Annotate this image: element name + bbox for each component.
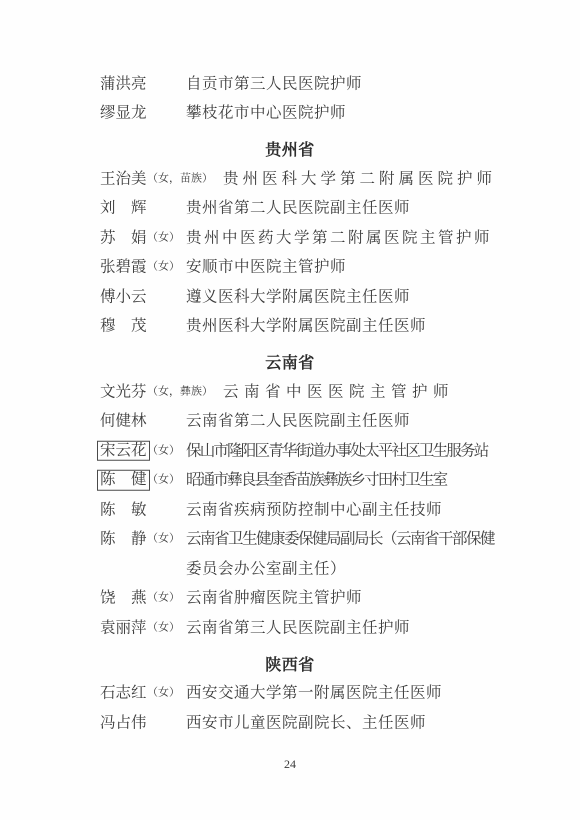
gender-ethnicity-note: （女，彝族）	[147, 386, 213, 397]
person-entry: 陈 静（女）云南省卫生健康委保健局副局长（云南省干部保健	[0, 525, 580, 555]
person-name: 陈 静	[100, 532, 147, 548]
position-text: 贵州医科大学第二附属医院护师	[223, 171, 496, 187]
person-name: 饶 燕	[100, 591, 147, 607]
position-text: 安顺市中医院主管护师	[186, 260, 346, 276]
person-name: 石志红	[100, 686, 147, 702]
position-text: 云南省第二人民医院副主任医师	[186, 414, 410, 430]
person-entry: 缪显龙攀枝花市中心医院护师	[0, 99, 580, 129]
gender-ethnicity-note: （女）	[147, 445, 180, 456]
person-entry: 张碧霞（女）安顺市中医院主管护师	[0, 253, 580, 283]
person-name: 文光芬	[100, 384, 147, 400]
gender-ethnicity-note: （女）	[147, 593, 180, 604]
person-entry: 刘 辉贵州省第二人民医院副主任医师	[0, 194, 580, 224]
person-name: 张碧霞	[100, 260, 147, 276]
entry-continuation: 委员会办公室副主任）	[0, 554, 580, 584]
section-title: 贵州省	[265, 137, 315, 160]
position-text: 自贡市第三人民医院护师	[186, 76, 362, 92]
document-page: 蒲洪亮自贡市第三人民医院护师缪显龙攀枝花市中心医院护师贵州省王治美（女，苗族）贵…	[0, 0, 580, 820]
person-entry: 何健林云南省第二人民医院副主任医师	[0, 407, 580, 437]
section-header: 云南省	[0, 341, 580, 377]
person-entry: 王治美（女，苗族）贵州医科大学第二附属医院护师	[0, 164, 580, 194]
person-entry: 饶 燕（女）云南省肿瘤医院主管护师	[0, 584, 580, 614]
position-text: 贵州中医药大学第二附属医院主管护师	[186, 230, 492, 246]
person-entry: 穆 茂贵州医科大学附属医院副主任医师	[0, 312, 580, 342]
person-entry: 文光芬（女，彝族）云南省中医医院主管护师	[0, 377, 580, 407]
entries-container: 蒲洪亮自贡市第三人民医院护师缪显龙攀枝花市中心医院护师贵州省王治美（女，苗族）贵…	[0, 69, 580, 738]
person-name: 陈 敏	[100, 502, 147, 518]
gender-ethnicity-note: （女）	[147, 622, 180, 633]
person-entry: 苏 娟（女）贵州中医药大学第二附属医院主管护师	[0, 223, 580, 253]
person-entry: 蒲洪亮自贡市第三人民医院护师	[0, 69, 580, 99]
position-text: 西安交通大学第一附属医院主任医师	[186, 686, 442, 702]
person-name: 何健林	[100, 414, 147, 430]
person-name: 王治美	[100, 171, 147, 187]
person-name: 苏 娟	[100, 230, 147, 246]
position-text: 遵义医科大学附属医院主任医师	[186, 289, 410, 305]
position-text: 云南省中医医院主管护师	[223, 384, 454, 400]
person-entry: 宋云花（女）保山市隆阳区青华街道办事处太平社区卫生服务站	[0, 436, 580, 466]
gender-ethnicity-note: （女）	[147, 534, 180, 545]
person-name: 缪显龙	[100, 106, 147, 122]
position-text: 攀枝花市中心医院护师	[186, 106, 346, 122]
position-text: 贵州医科大学附属医院副主任医师	[186, 319, 426, 335]
section-header: 陕西省	[0, 643, 580, 679]
section-title: 云南省	[265, 350, 315, 373]
person-name: 傅小云	[100, 289, 147, 305]
person-name: 袁丽萍	[100, 620, 147, 636]
person-name-boxed: 宋云花	[97, 441, 150, 462]
person-entry: 冯占伟西安市儿童医院副院长、主任医师	[0, 708, 580, 738]
page-footer: 24	[0, 757, 580, 772]
person-name-boxed: 陈 健	[97, 470, 150, 491]
section-title: 陕西省	[265, 652, 315, 675]
person-name: 穆 茂	[100, 319, 147, 335]
position-text: 云南省卫生健康委保健局副局长（云南省干部保健	[186, 532, 494, 548]
gender-ethnicity-note: （女，苗族）	[147, 173, 213, 184]
person-entry: 陈 敏云南省疾病预防控制中心副主任技师	[0, 495, 580, 525]
gender-ethnicity-note: （女）	[147, 688, 180, 699]
position-text: 昭通市彝良县奎香苗族彝族乡寸田村卫生室	[186, 473, 446, 489]
person-entry: 石志红（女）西安交通大学第一附属医院主任医师	[0, 679, 580, 709]
position-text: 西安市儿童医院副院长、主任医师	[186, 715, 426, 731]
gender-ethnicity-note: （女）	[147, 262, 180, 273]
person-name: 刘 辉	[100, 201, 147, 217]
position-text: 云南省肿瘤医院主管护师	[186, 591, 362, 607]
page-number: 24	[284, 757, 296, 771]
position-text: 云南省第三人民医院副主任护师	[186, 620, 410, 636]
position-text-continued: 委员会办公室副主任）	[186, 561, 346, 577]
person-name: 冯占伟	[100, 715, 147, 731]
person-entry: 陈 健（女）昭通市彝良县奎香苗族彝族乡寸田村卫生室	[0, 466, 580, 496]
person-entry: 袁丽萍（女）云南省第三人民医院副主任护师	[0, 613, 580, 643]
gender-ethnicity-note: （女）	[147, 475, 180, 486]
section-header: 贵州省	[0, 128, 580, 164]
position-text: 保山市隆阳区青华街道办事处太平社区卫生服务站	[186, 443, 487, 459]
person-entry: 傅小云遵义医科大学附属医院主任医师	[0, 282, 580, 312]
gender-ethnicity-note: （女）	[147, 232, 180, 243]
person-name: 蒲洪亮	[100, 76, 147, 92]
position-text: 云南省疾病预防控制中心副主任技师	[186, 502, 442, 518]
position-text: 贵州省第二人民医院副主任医师	[186, 201, 410, 217]
